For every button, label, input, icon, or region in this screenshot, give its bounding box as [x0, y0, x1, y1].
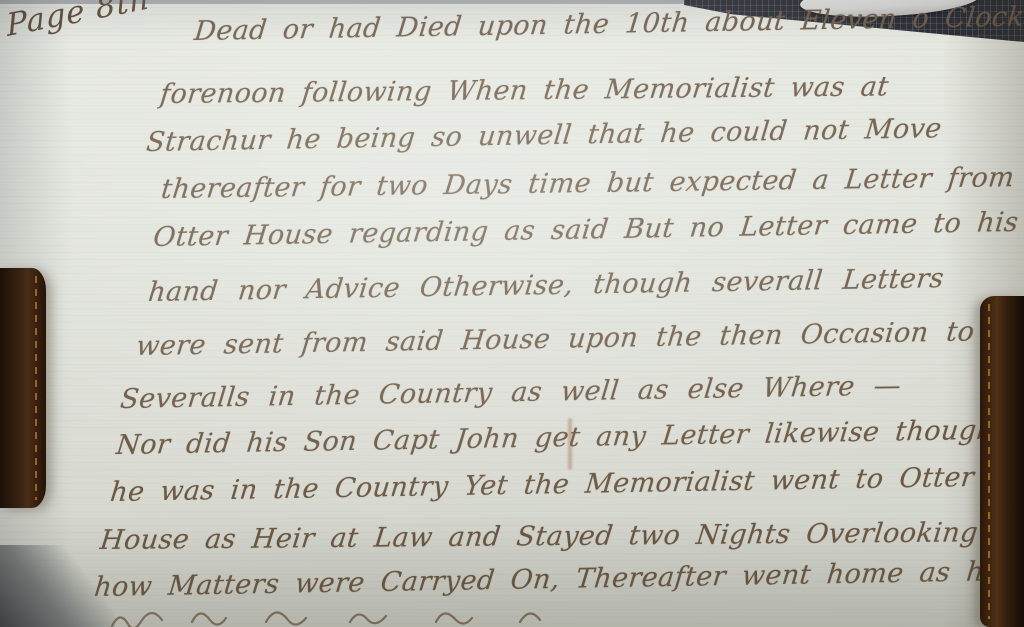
cut-off-line-fragment: [108, 606, 668, 627]
book-strap-left: [0, 268, 46, 508]
shadow-corner-bottom-left: [0, 545, 115, 627]
strap-stitching-left: [35, 276, 37, 500]
ink-smudge: [568, 418, 572, 470]
photo-frame: Page 8th Dead or had Died upon the 10th …: [0, 0, 1024, 627]
book-strap-right: [980, 296, 1024, 627]
strap-stitching-right: [988, 304, 990, 619]
